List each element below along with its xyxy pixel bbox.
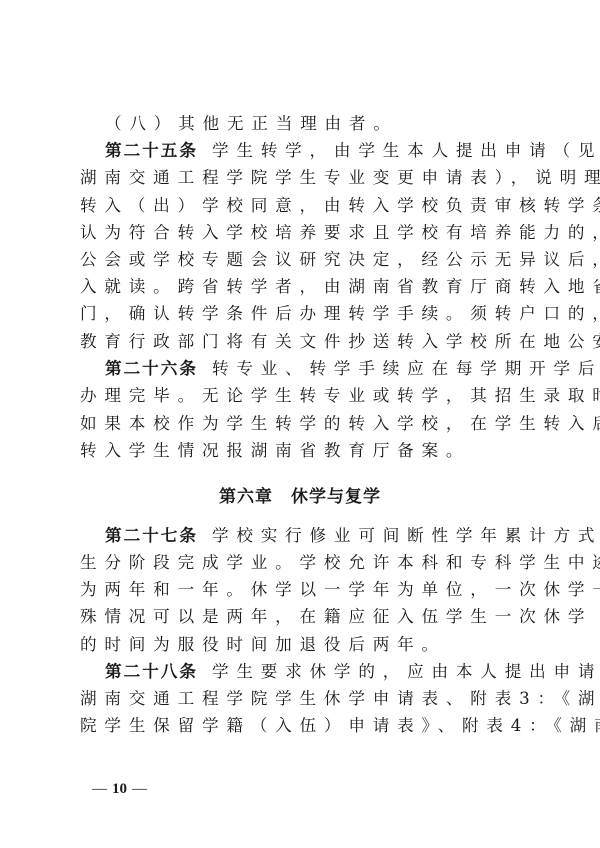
line-text: 转入学生情况报湖南省教育厅备案。 (80, 441, 470, 460)
line-text: 学生转学，由学生本人提出申请（见附表1： (212, 141, 600, 160)
text-line: （八）其他无正当理由者。 (105, 112, 522, 136)
text-line: 教育行政部门将有关文件抄送转入学校所在地公安机关。 (80, 330, 522, 354)
article-paragraph-start: 第二十八条学生要求休学的，应由本人提出申请（附表2： (105, 660, 522, 684)
line-text: 为两年和一年。休学以一学年为单位，一次休学一般为一年，特 (80, 580, 600, 599)
text-line: 为两年和一年。休学以一学年为单位，一次休学一般为一年，特 (80, 578, 522, 602)
text-line: 转入（出）学校同意，由转入学校负责审核转学条件及相关证明， (80, 194, 522, 218)
text-line: 入就读。跨省转学者，由湖南省教育厅商转入地省级教育行政部 (80, 275, 522, 299)
line-text: 如果本校作为学生转学的转入学校，在学生转入后三个月内，将 (80, 414, 600, 433)
page-number: —10— (92, 779, 147, 799)
article-paragraph-start: 第二十六条转专业、转学手续应在每学期开学后前两周内 (105, 357, 522, 381)
line-text: 院学生保留学籍（入伍）申请表》、附表4：《湖南交通工程学 (80, 716, 600, 735)
line-text: 学生要求休学的，应由本人提出申请（附表2： (212, 662, 600, 681)
page-number-value: 10 (112, 781, 127, 797)
text-line: 公会或学校专题会议研究决定，经公示无异议后，申请者可以转 (80, 248, 522, 272)
article-number: 第二十六条 (105, 359, 198, 378)
text-line: 转入学生情况报湖南省教育厅备案。 (80, 439, 522, 463)
text-line: 生分阶段完成学业。学校允许本科和专科学生中途休学时间分别 (80, 551, 522, 575)
page-number-dash-right: — (132, 781, 147, 797)
line-text: 学校实行修业可间断性学年累计方式，方便学 (212, 526, 600, 545)
line-text: （八）其他无正当理由者。 (105, 114, 398, 133)
line-text: 办理完毕。无论学生转专业或转学，其招生录取时的属性不变。 (80, 386, 600, 405)
line-text: 的时间为服役时间加退役后两年。 (80, 635, 446, 654)
text-line: 湖南交通工程学院学生专业变更申请表），说明理由，经本校和 (80, 166, 522, 190)
line-text: 殊情况可以是两年，在籍应征入伍学生一次休学（或保留学籍） (80, 607, 600, 626)
article-paragraph-start: 第二十七条学校实行修业可间断性学年累计方式，方便学 (105, 524, 522, 548)
line-text: 认为符合转入学校培养要求且学校有培养能力的，经学校校长办 (80, 223, 600, 242)
article-number: 第二十五条 (105, 141, 198, 160)
line-text: 门，确认转学条件后办理转学手续。须转户口的，由转入地省级 (80, 304, 600, 323)
line-text: 转专业、转学手续应在每学期开学后前两周内 (212, 359, 600, 378)
text-line: 办理完毕。无论学生转专业或转学，其招生录取时的属性不变。 (80, 384, 522, 408)
chapter-title: 休学与复学 (291, 487, 381, 507)
line-text: 转入（出）学校同意，由转入学校负责审核转学条件及相关证明， (80, 196, 600, 215)
article-number: 第二十八条 (105, 662, 198, 681)
text-line: 湖南交通工程学院学生休学申请表、附表3：《湖南交通工程学 (80, 687, 522, 711)
text-line: 如果本校作为学生转学的转入学校，在学生转入后三个月内，将 (80, 412, 522, 436)
text-line: 殊情况可以是两年，在籍应征入伍学生一次休学（或保留学籍） (80, 605, 522, 629)
line-text: 公会或学校专题会议研究决定，经公示无异议后，申请者可以转 (80, 250, 600, 269)
page-number-dash-left: — (92, 781, 107, 797)
document-page: （八）其他无正当理由者。第二十五条学生转学，由学生本人提出申请（见附表1：湖南交… (0, 0, 600, 848)
chapter-number: 第六章 (219, 487, 273, 507)
article-number: 第二十七条 (105, 526, 198, 545)
text-line: 的时间为服役时间加退役后两年。 (80, 633, 522, 657)
chapter-heading: 第六章休学与复学 (0, 485, 600, 509)
text-line: 门，确认转学条件后办理转学手续。须转户口的，由转入地省级 (80, 302, 522, 326)
line-text: 入就读。跨省转学者，由湖南省教育厅商转入地省级教育行政部 (80, 277, 600, 296)
line-text: 湖南交通工程学院学生休学申请表、附表3：《湖南交通工程学 (80, 689, 600, 708)
line-text: 教育行政部门将有关文件抄送转入学校所在地公安机关。 (80, 332, 600, 351)
line-text: 湖南交通工程学院学生专业变更申请表），说明理由，经本校和 (80, 168, 600, 187)
text-line: 院学生保留学籍（入伍）申请表》、附表4：《湖南交通工程学 (80, 714, 522, 738)
text-line: 认为符合转入学校培养要求且学校有培养能力的，经学校校长办 (80, 221, 522, 245)
article-paragraph-start: 第二十五条学生转学，由学生本人提出申请（见附表1： (105, 139, 522, 163)
line-text: 生分阶段完成学业。学校允许本科和专科学生中途休学时间分别 (80, 553, 600, 572)
